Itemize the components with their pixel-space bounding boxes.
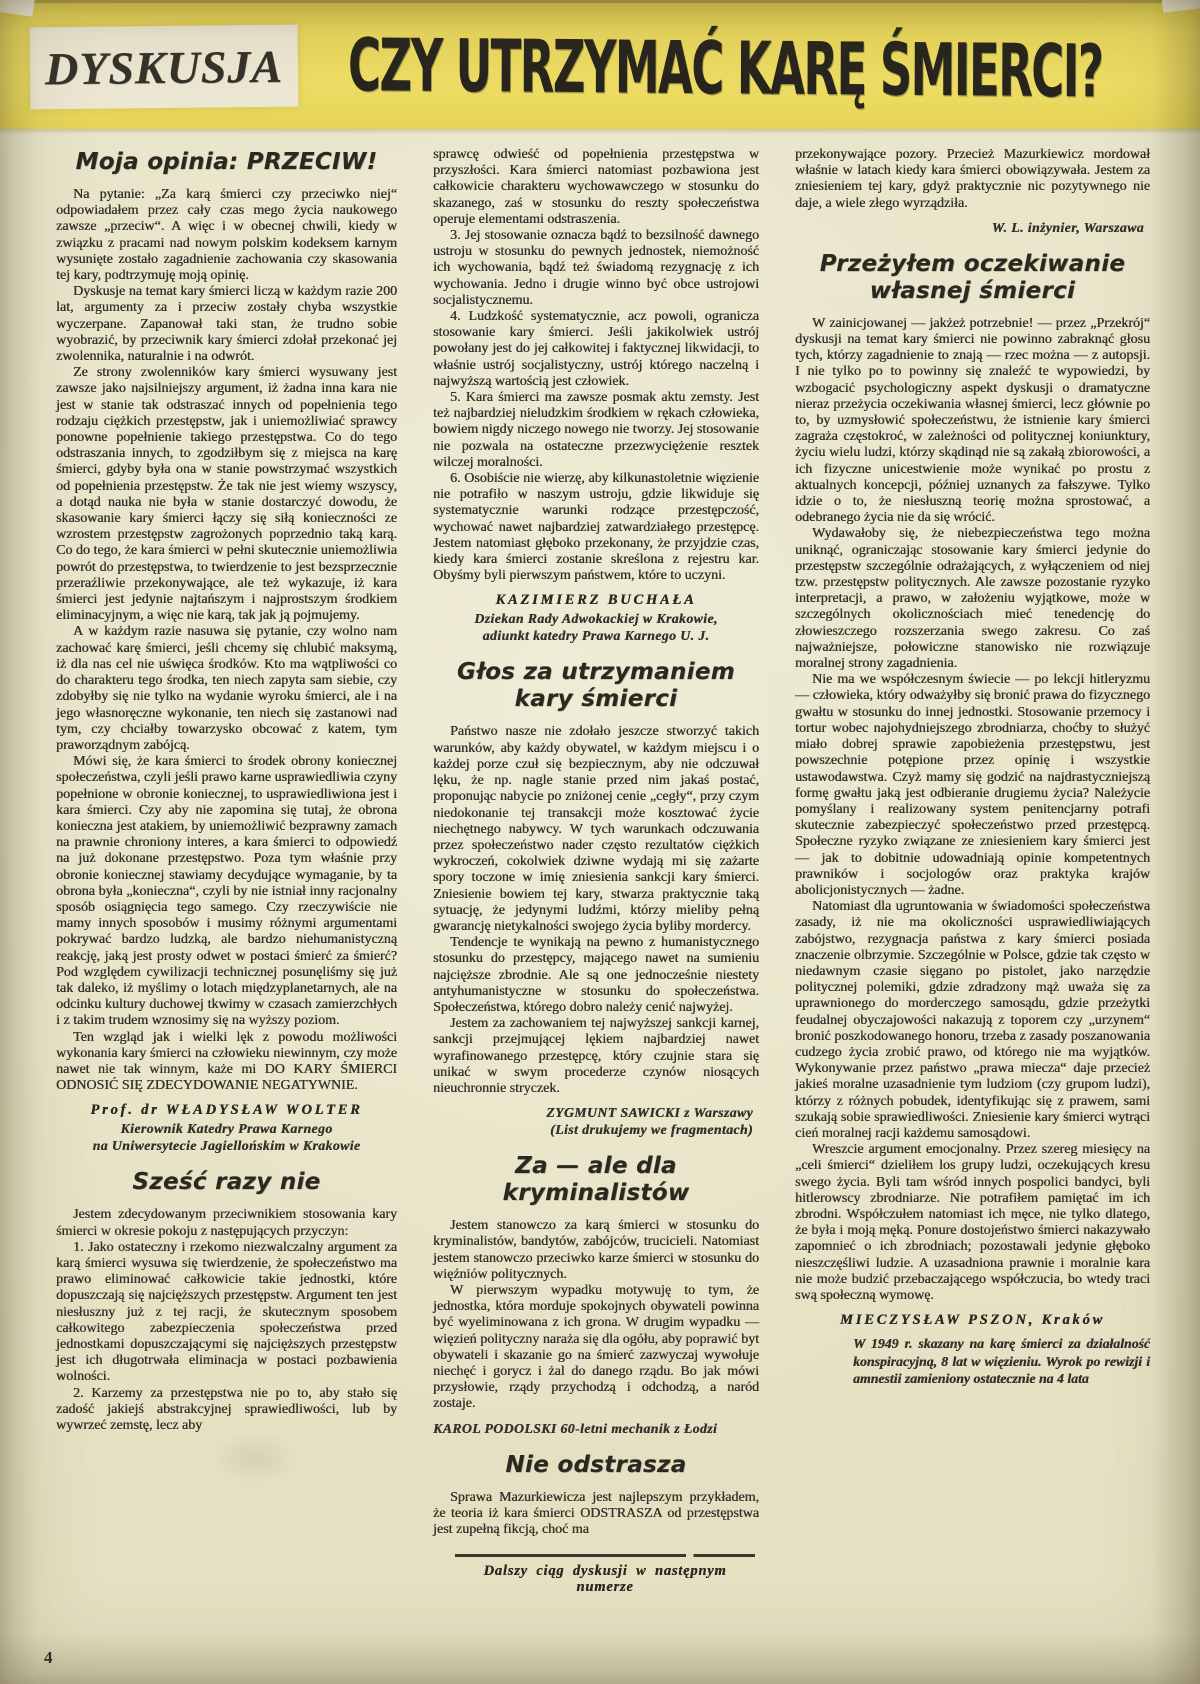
signature-role: (List drukujemy we fragmentach)	[433, 1121, 753, 1138]
article-heading: Sześć razy nie	[56, 1169, 397, 1196]
column-2: sprawcę odwieść od popełnienia przestęps…	[433, 147, 759, 1684]
body-paragraph: sprawcę odwieść od popełnienia przestęps…	[433, 147, 759, 228]
body-paragraph: Ten wzgląd jak i wielki lęk z powodu moż…	[56, 1030, 397, 1095]
body-paragraph: przekonywające pozory. Przecież Mazurkie…	[795, 147, 1150, 212]
body-paragraph: 3. Jej stosowanie oznacza bądź to bezsil…	[433, 228, 759, 309]
page-headline: CZY UTRZYMAĆ KARĘ ŚMIERCI?	[348, 23, 1103, 114]
article-heading: Przeżyłem oczekiwanie własnej śmierci	[795, 251, 1150, 305]
signature-role: KAROL PODOLSKI 60-letni mechanik z Łodzi	[433, 1420, 759, 1437]
body-paragraph: 5. Kara śmierci ma zawsze posmak aktu ze…	[433, 390, 759, 471]
column-1: Moja opinia: PRZECIW!Na pytanie: „Za kar…	[56, 147, 397, 1684]
torn-paper-edge	[1161, 0, 1200, 13]
signature-role: adiunkt katedry Prawa Karnego U. J.	[433, 627, 759, 644]
body-paragraph: Sprawa Mazurkiewicza jest najlepszym prz…	[433, 1490, 759, 1539]
article-heading: Nie odstrasza	[433, 1452, 759, 1479]
body-paragraph: W pierwszym wypadku motywuję to tym, że …	[433, 1283, 759, 1413]
body-paragraph: Na pytanie: „Za karą śmierci czy przeciw…	[56, 187, 397, 284]
body-paragraph: 1. Jako ostateczny i rzekomo niezwalczal…	[56, 1240, 397, 1386]
kicker-box: DYSKUSJA	[30, 25, 299, 110]
continuation-note: Dalszy ciąg dyskusji w następnym numerze	[433, 1554, 759, 1595]
signature-role: Kierownik Katedry Prawa Karnego	[56, 1120, 397, 1137]
signature-bio: W 1949 r. skazany na karę śmierci za dzi…	[853, 1335, 1150, 1388]
body-paragraph: Mówi się, że kara śmierci to środek obro…	[56, 754, 397, 1029]
signature: KAROL PODOLSKI 60-letni mechanik z Łodzi	[433, 1420, 759, 1437]
body-paragraph: Dyskusje na temat kary śmierci liczą w k…	[56, 284, 397, 365]
discussion-banner: DYSKUSJA CZY UTRZYMAĆ KARĘ ŚMIERCI?	[0, 0, 1200, 129]
divider-rule	[455, 1554, 755, 1557]
body-paragraph: Jestem zdecydowanym przeciwnikiem stosow…	[56, 1207, 397, 1239]
signature: KAZIMIERZ BUCHAŁADziekan Rady Adwokackie…	[433, 591, 759, 644]
body-paragraph: Ze strony zwolenników kary śmierci wysuw…	[56, 365, 397, 624]
signature-role: Dziekan Rady Adwokackiej w Krakowie,	[433, 610, 759, 627]
body-paragraph: Wreszcie argument emocjonalny. Przez sze…	[795, 1142, 1150, 1304]
signature-name: MIECZYSŁAW PSZON, Kraków	[795, 1311, 1150, 1330]
body-paragraph: Wydawałoby się, że niebezpieczeństwa teg…	[795, 526, 1150, 672]
signature-name: KAZIMIERZ BUCHAŁA	[433, 591, 759, 610]
signature-role: ZYGMUNT SAWICKI z Warszawy	[433, 1104, 753, 1121]
signature-name: Prof. dr WŁADYSŁAW WOLTER	[56, 1101, 397, 1120]
body-paragraph: Tendencje te wynikają na pewno z humanis…	[433, 935, 759, 1016]
body-paragraph: 4. Ludzkość systematycznie, acz powoli, …	[433, 309, 759, 390]
column-3: przekonywające pozory. Przecież Mazurkie…	[795, 147, 1150, 1684]
article-body: Moja opinia: PRZECIW!Na pytanie: „Za kar…	[0, 129, 1200, 1684]
article-heading: Głos za utrzymaniem kary śmierci	[433, 659, 759, 713]
article-heading: Za — ale dla kryminalistów	[433, 1153, 759, 1207]
headline-wrap: CZY UTRZYMAĆ KARĘ ŚMIERCI?	[348, 14, 1193, 116]
signature-role: na Uniwersytecie Jagiellońskim w Krakowi…	[56, 1137, 397, 1154]
body-paragraph: 6. Osobiście nie wierzę, aby kilkunastol…	[433, 471, 759, 584]
torn-paper-edge	[0, 0, 35, 17]
signature: W. L. inżynier, Warszawa	[795, 219, 1150, 236]
body-paragraph: Jestem za zachowaniem tej najwyższej san…	[433, 1016, 759, 1097]
body-paragraph: Państwo nasze nie zdołało jeszcze stworz…	[433, 724, 759, 935]
continuation-note-text: Dalszy ciąg dyskusji w następnym numerze	[455, 1563, 755, 1595]
magazine-page-scan: { "theme":{ "paper":"#e8e4c9", "banner_y…	[0, 0, 1200, 1684]
signature: Prof. dr WŁADYSŁAW WOLTERKierownik Kated…	[56, 1101, 397, 1154]
body-paragraph: 2. Karzemy za przestępstwa nie po to, ab…	[56, 1386, 397, 1435]
signature: ZYGMUNT SAWICKI z Warszawy(List drukujem…	[433, 1104, 759, 1138]
article-heading: Moja opinia: PRZECIW!	[56, 149, 397, 176]
signature-role: W. L. inżynier, Warszawa	[795, 219, 1144, 236]
body-paragraph: A w każdym razie nasuwa się pytanie, czy…	[56, 624, 397, 754]
page-number: 4	[44, 1648, 53, 1668]
body-paragraph: Natomiast dla ugruntowania w świadomości…	[795, 899, 1150, 1142]
body-paragraph: Jestem stanowczo za karą śmierci w stosu…	[433, 1218, 759, 1283]
body-paragraph: W zainicjowanej — jakżeż potrzebnie! — p…	[795, 316, 1150, 527]
section-kicker: DYSKUSJA	[45, 39, 284, 94]
signature: MIECZYSŁAW PSZON, Kraków	[795, 1311, 1150, 1330]
body-paragraph: Nie ma we współczesnym świecie — po lekc…	[795, 672, 1150, 899]
